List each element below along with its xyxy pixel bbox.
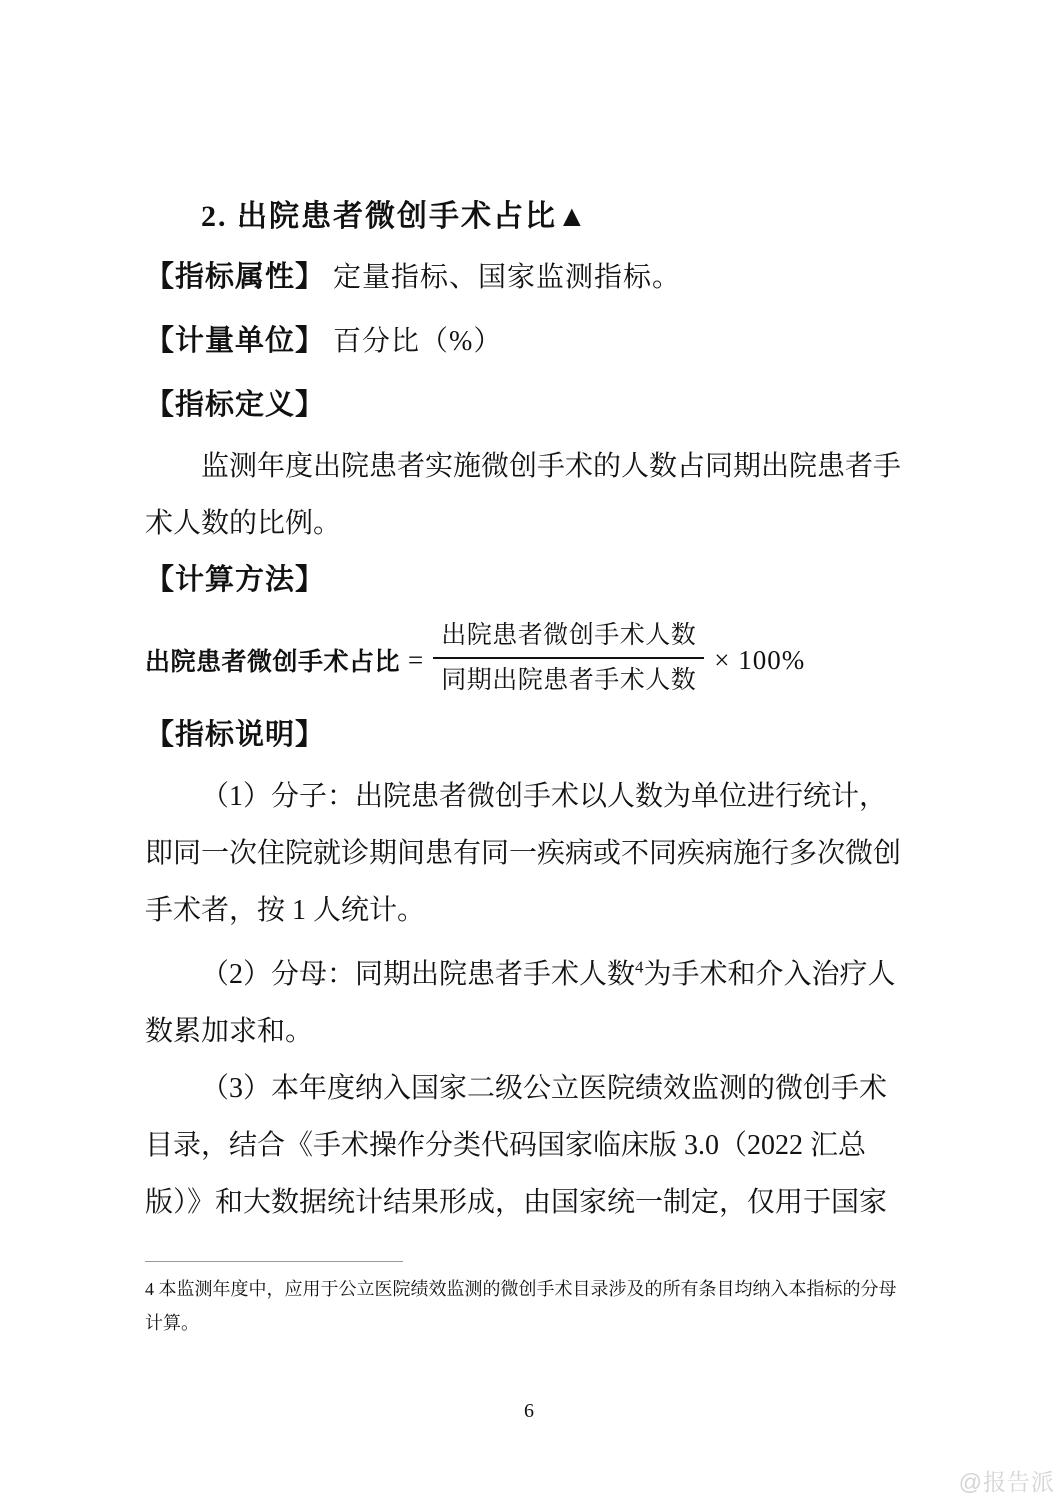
note-item-1: （1）分子：出院患者微创手术以人数为单位进行统计， 即同一次住院就诊期间患有同一… [145, 768, 913, 939]
attribute-label: 【指标属性】 [145, 261, 325, 293]
equals-sign: = [408, 645, 423, 676]
footnote-reference: 4 [635, 958, 644, 977]
document-page: 2. 出院患者微创手术占比▲ 【指标属性】定量指标、国家监测指标。 【计量单位】… [0, 0, 1061, 1500]
formula-fraction: 出院患者微创手术人数 同期出院患者手术人数 [433, 620, 704, 697]
document-content: 2. 出院患者微创手术占比▲ 【指标属性】定量指标、国家监测指标。 【计量单位】… [145, 188, 913, 1231]
definition-row: 【指标定义】 [145, 377, 913, 438]
attribute-value: 定量指标、国家监测指标。 [333, 262, 681, 293]
attribute-row: 【指标属性】定量指标、国家监测指标。 [145, 249, 913, 310]
footnote-area: 4 本监测年度中，应用于公立医院绩效监测的微创手术目录涉及的所有条目均纳入本指标… [145, 1261, 913, 1340]
formula-lhs: 出院患者微创手术占比 [145, 642, 400, 678]
definition-label: 【指标定义】 [145, 389, 325, 421]
notes-row: 【指标说明】 [145, 707, 913, 768]
section-title: 2. 出院患者微创手术占比▲ [145, 188, 913, 245]
formula-multiplier: × 100% [714, 645, 805, 676]
fraction-numerator: 出院患者微创手术人数 [433, 620, 704, 659]
unit-label: 【计量单位】 [145, 325, 325, 357]
method-label: 【计算方法】 [145, 564, 325, 596]
notes-label: 【指标说明】 [145, 719, 325, 751]
note-item-2: （2）分母：同期出院患者手术人数4为手术和介入治疗人 数累加求和。 [145, 946, 913, 1060]
note-item-3: （3）本年度纳入国家二级公立医院绩效监测的微创手术 目录，结合《手术操作分类代码… [145, 1060, 913, 1231]
calculation-formula: 出院患者微创手术占比 = 出院患者微创手术人数 同期出院患者手术人数 × 100… [145, 613, 913, 707]
page-number: 6 [145, 1397, 913, 1425]
definition-paragraph: 监测年度出院患者实施微创手术的人数占同期出院患者手 术人数的比例。 [145, 438, 913, 552]
unit-row: 【计量单位】百分比（%） [145, 313, 913, 374]
fraction-denominator: 同期出院患者手术人数 [433, 659, 704, 697]
note-item-2-prefix: （2）分母：同期出院患者手术人数 [201, 959, 635, 990]
footnote-separator [145, 1261, 403, 1262]
method-row: 【计算方法】 [145, 552, 913, 613]
footnote-text: 4 本监测年度中，应用于公立医院绩效监测的微创手术目录涉及的所有条目均纳入本指标… [145, 1272, 913, 1340]
unit-value: 百分比（%） [333, 326, 502, 357]
watermark: @报告派 [959, 1464, 1055, 1497]
